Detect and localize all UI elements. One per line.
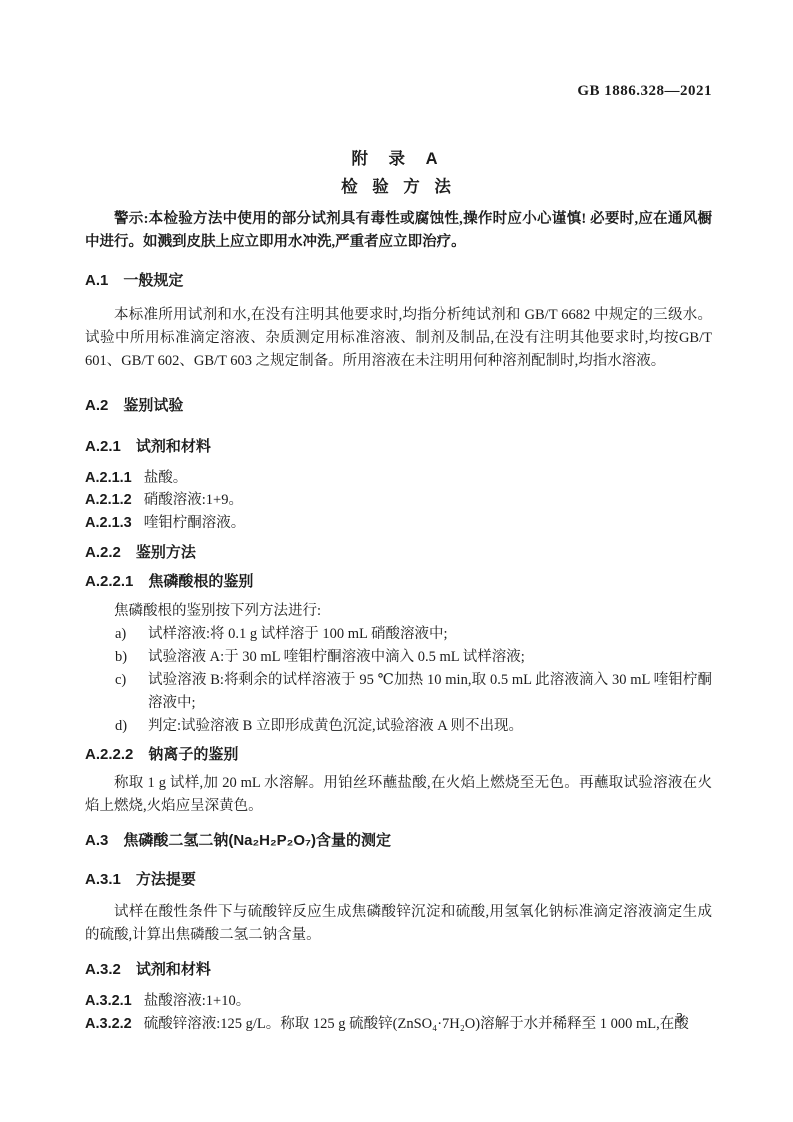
clause-number-a321: A.3.2.1: [85, 993, 132, 1009]
section-title-a222: 钠离子的鉴别: [148, 746, 238, 763]
section-title-a32: 试剂和材料: [136, 961, 211, 978]
section-title-a31: 方法提要: [136, 871, 196, 888]
clause-group-a32: A.3.2.1盐酸溶液:1+10。 A.3.2.2硫酸锌溶液:125 g/L。称…: [85, 990, 712, 1035]
clause-a212: A.2.1.2硝酸溶液:1+9。: [85, 489, 712, 512]
standard-number: GB 1886.328—2021: [85, 80, 712, 103]
clause-group-a21: A.2.1.1盐酸。 A.2.1.2硝酸溶液:1+9。 A.2.1.3喹钼柠酮溶…: [85, 467, 712, 535]
section-heading-a3: A.3焦磷酸二氢二钠(Na₂H₂P₂O₇)含量的测定: [85, 830, 712, 851]
appendix-title: 附 录 A: [85, 147, 712, 171]
clause-text-a321: 盐酸溶液:1+10。: [144, 993, 250, 1009]
section-title-a221: 焦磷酸根的鉴别: [148, 573, 253, 590]
clause-number-a213: A.2.1.3: [85, 515, 132, 531]
section-number-a2: A.2: [85, 395, 108, 416]
section-number-a1: A.1: [85, 270, 108, 291]
section-heading-a1: A.1一般规定: [85, 270, 712, 291]
page-number: 3: [676, 1008, 683, 1031]
paragraph-a222: 称取 1 g 试样,加 20 mL 水溶解。用铂丝环蘸盐酸,在火焰上燃烧至无色。…: [85, 772, 712, 818]
clause-text-a213: 喹钼柠酮溶液。: [144, 515, 246, 531]
section-title-a2: 鉴别试验: [123, 397, 183, 414]
section-heading-a2: A.2鉴别试验: [85, 395, 712, 416]
section-number-a32: A.3.2: [85, 959, 121, 980]
clause-number-a212: A.2.1.2: [85, 492, 132, 508]
clause-a213: A.2.1.3喹钼柠酮溶液。: [85, 512, 712, 535]
clause-a321: A.3.2.1盐酸溶液:1+10。: [85, 990, 712, 1013]
clause-a322: A.3.2.2硫酸锌溶液:125 g/L。称取 125 g 硫酸锌(ZnSO₄·…: [85, 1013, 712, 1036]
section-number-a221: A.2.2.1: [85, 571, 133, 592]
section-heading-a22: A.2.2鉴别方法: [85, 542, 712, 563]
page-content: GB 1886.328—2021 附 录 A 检 验 方 法 警示:本检验方法中…: [85, 0, 712, 1035]
document-page: GB 1886.328—2021 附 录 A 检 验 方 法 警示:本检验方法中…: [0, 0, 793, 1122]
list-text-a: 试样溶液:将 0.1 g 试样溶于 100 mL 硝酸溶液中;: [148, 623, 712, 646]
list-item-a: a) 试样溶液:将 0.1 g 试样溶于 100 mL 硝酸溶液中;: [85, 623, 712, 646]
list-label-a: a): [115, 623, 148, 646]
section-number-a21: A.2.1: [85, 436, 121, 457]
section-title-a21: 试剂和材料: [136, 438, 211, 455]
list-label-b: b): [115, 646, 148, 669]
paragraph-a31: 试样在酸性条件下与硫酸锌反应生成焦磷酸锌沉淀和硫酸,用氢氧化钠标准滴定溶液滴定生…: [85, 901, 712, 947]
section-heading-a222: A.2.2.2钠离子的鉴别: [85, 744, 712, 765]
section-number-a22: A.2.2: [85, 542, 121, 563]
section-number-a222: A.2.2.2: [85, 744, 133, 765]
clause-number-a211: A.2.1.1: [85, 470, 132, 486]
section-heading-a221: A.2.2.1焦磷酸根的鉴别: [85, 571, 712, 592]
clause-number-a322: A.3.2.2: [85, 1016, 132, 1032]
clause-text-a322: 硫酸锌溶液:125 g/L。称取 125 g 硫酸锌(ZnSO₄·7H₂O)溶解…: [144, 1016, 689, 1032]
list-item-d: d) 判定:试验溶液 B 立即形成黄色沉淀,试验溶液 A 则不出现。: [85, 715, 712, 738]
list-label-d: d): [115, 715, 148, 738]
section-heading-a31: A.3.1方法提要: [85, 869, 712, 890]
section-number-a3: A.3: [85, 830, 108, 851]
list-item-c: c) 试验溶液 B:将剩余的试样溶液于 95 ℃加热 10 min,取 0.5 …: [85, 669, 712, 715]
clause-a211: A.2.1.1盐酸。: [85, 467, 712, 490]
warning-paragraph: 警示:本检验方法中使用的部分试剂具有毒性或腐蚀性,操作时应小心谨慎! 必要时,应…: [85, 208, 712, 254]
list-text-b: 试验溶液 A:于 30 mL 喹钼柠酮溶液中滴入 0.5 mL 试样溶液;: [148, 646, 712, 669]
paragraph-a1: 本标准所用试剂和水,在没有注明其他要求时,均指分析纯试剂和 GB/T 6682 …: [85, 304, 712, 373]
section-title-a22: 鉴别方法: [136, 544, 196, 561]
appendix-subtitle: 检 验 方 法: [85, 175, 712, 199]
section-title-a1: 一般规定: [123, 272, 183, 289]
list-item-b: b) 试验溶液 A:于 30 mL 喹钼柠酮溶液中滴入 0.5 mL 试样溶液;: [85, 646, 712, 669]
section-number-a31: A.3.1: [85, 869, 121, 890]
section-title-a3: 焦磷酸二氢二钠(Na₂H₂P₂O₇)含量的测定: [123, 832, 391, 849]
list-intro-a221: 焦磷酸根的鉴别按下列方法进行:: [85, 600, 712, 623]
list-text-d: 判定:试验溶液 B 立即形成黄色沉淀,试验溶液 A 则不出现。: [148, 715, 712, 738]
clause-text-a212: 硝酸溶液:1+9。: [144, 492, 243, 508]
list-label-c: c): [115, 669, 148, 715]
section-heading-a21: A.2.1试剂和材料: [85, 436, 712, 457]
clause-text-a211: 盐酸。: [144, 470, 188, 486]
list-text-c: 试验溶液 B:将剩余的试样溶液于 95 ℃加热 10 min,取 0.5 mL …: [148, 669, 712, 715]
method-list-a221: a) 试样溶液:将 0.1 g 试样溶于 100 mL 硝酸溶液中; b) 试验…: [85, 623, 712, 738]
section-heading-a32: A.3.2试剂和材料: [85, 959, 712, 980]
